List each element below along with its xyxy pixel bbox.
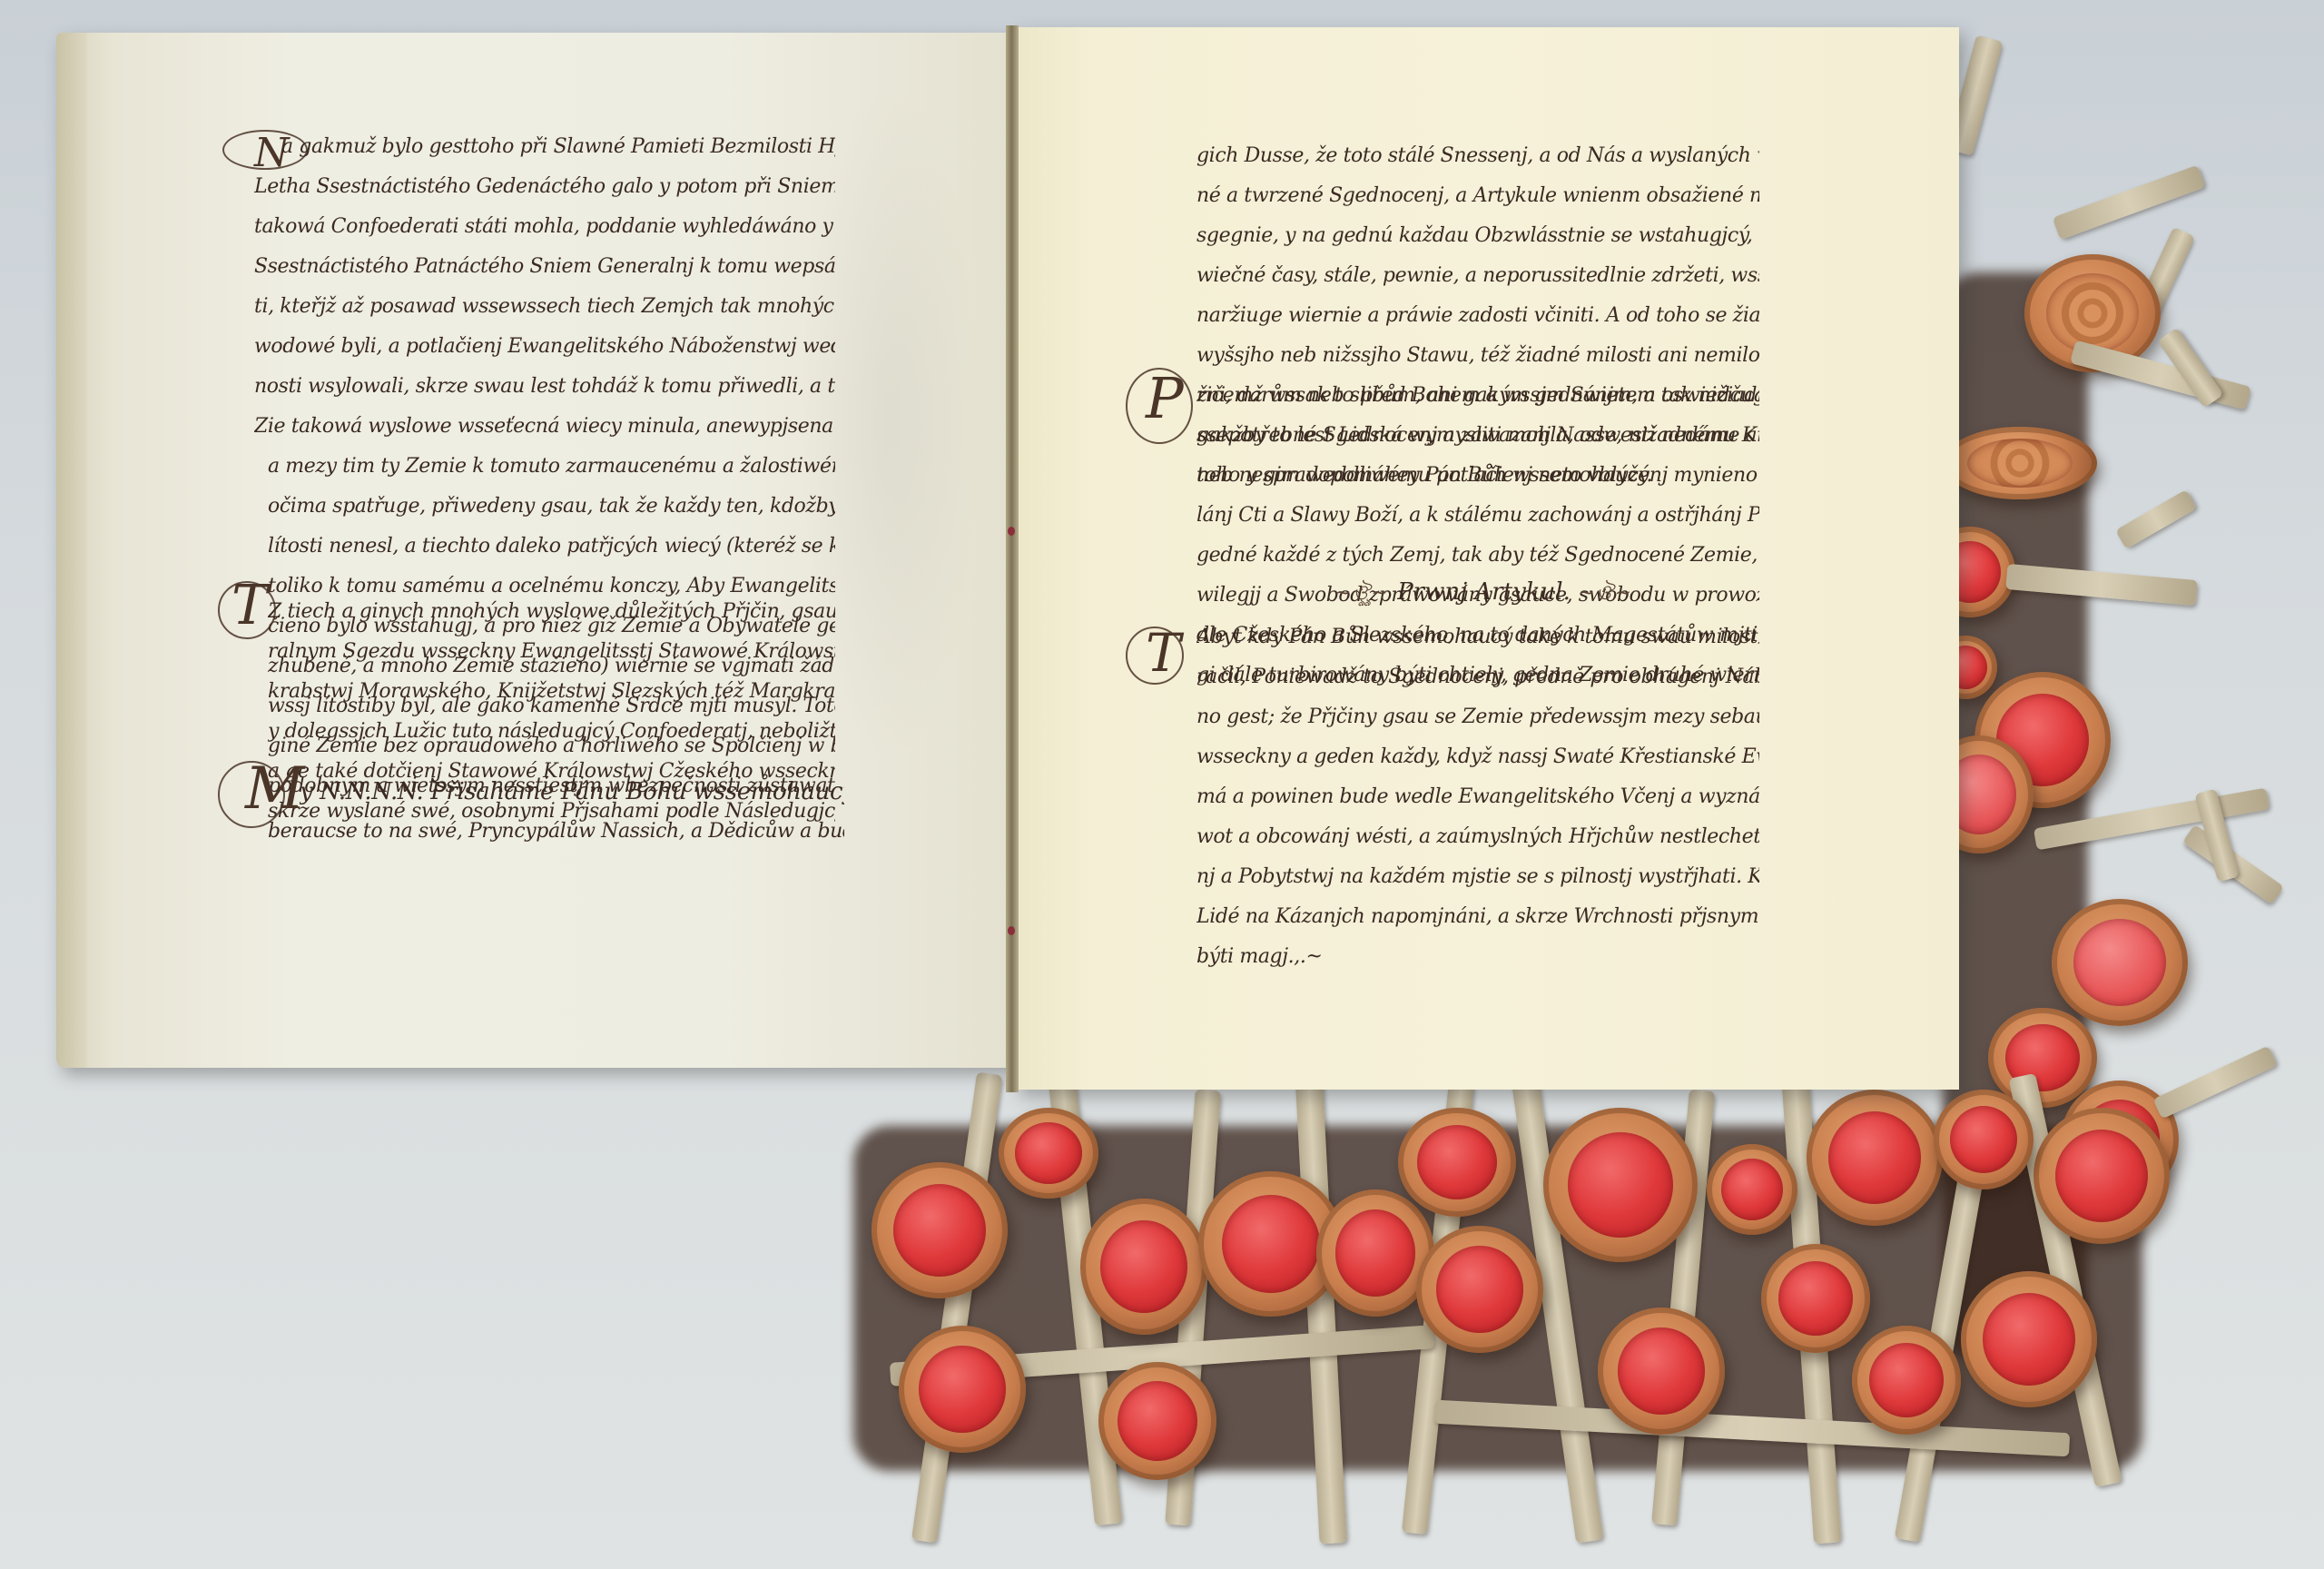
text-line: beraucse to na swé, Pryncypálůw Nassich,… [268,812,844,852]
wax-seal [871,1162,1008,1298]
wax-seal [999,1108,1098,1199]
wax-seal [1098,1362,1216,1480]
ornament-left: ~ঔৣ~ [1334,582,1390,605]
wax-seal [1598,1307,1725,1435]
wax-seal [2052,899,2188,1026]
text-line: wodowé byli, a potlačienj Ewangelitského… [254,327,835,367]
right-paragraph-3: Abyt kdy Pán Bůh wssemohaucý také k tomu… [1196,617,1759,977]
article-title: Prwnj Artykul. [1397,578,1571,606]
wax-seal [1961,1271,2097,1407]
text-line: gedné každé z tých Zemj, tak aby též Sge… [1196,536,1759,576]
text-line: takowá Confoederati státi mohla, poddani… [254,207,835,247]
initial-letter: T [1146,617,1181,688]
text-line: Zie takowá wyslowe wsseťecná wiecy minul… [254,407,835,447]
text-line: nosti wsylowali, skrze swau lest tohdáž … [254,367,835,407]
text-line: račil, Poniewadž to Sgednocenj, předně p… [1196,657,1759,697]
ribbon [2070,340,2251,410]
text-line: Ssestnáctistého Patnáctého Sniem General… [254,247,835,287]
text-line: řičemž wssak to před Bohem a wssjm Swiet… [1196,376,1759,416]
text-line: očima spatřuge, přiwedeny gsau, tak že k… [268,487,835,527]
text-line: no gest; že Přjčiny gsau se Zemie předew… [1196,697,1759,737]
ornament-right: ~ঔ~ [1578,582,1633,605]
wax-seal [1543,1108,1698,1262]
text-line: Abyt kdy Pán Bůh wssemohaucý také k tomu… [1196,617,1759,657]
text-line: ti, kteřjž až posawad wssewssech tiech Z… [254,287,835,327]
text-line: a mezy tim ty Zemie k tomuto zarmauceném… [268,447,835,487]
wax-seal [1807,1090,1943,1226]
text-line: Lidé na Kázanjch napomjnáni, a skrze Wrc… [1196,897,1759,937]
ribbon [2053,165,2206,241]
text-line: a gakmuž bylo gesttoho při Slawné Pamiet… [254,127,835,167]
initial-letter: T [231,570,268,641]
text-line: ssepotřebné Sgednocenj a zawazanj Nasse,… [1196,416,1759,456]
text-line: Letha Ssestnáctistého Gedenáctého galo y… [254,167,835,207]
text-line: ralnym Sgezdu wsseckny Ewangelitsstj Sta… [268,632,835,672]
text-line: wot a obcowánj wésti, a zaúmyslných Hřjc… [1196,817,1759,857]
wax-seal-empty [1943,427,2097,499]
text-line: krabstwj Morawského, Knijžetstwj Slezský… [268,672,835,712]
text-line: neb nespraweddliwému potlačienj neto vbl… [1196,456,1759,496]
wax-seal [1761,1244,1870,1353]
page-edge [56,33,87,1068]
wax-seal [899,1326,1026,1453]
seal-cluster-bottom [799,1071,2324,1569]
text-line: naržiuge wiernie a práwie zadosti včinit… [1196,296,1759,336]
ribbon [2115,489,2197,549]
binding-stitch [1008,527,1015,536]
text-line: nj a Pobytstwj na každém mjstie se s pil… [1196,857,1759,897]
text-line: sgegnie, y na gednú každau Obzwlásstnie … [1196,216,1759,256]
text-line: má a powinen bude wedle Ewangelitského V… [1196,777,1759,817]
text-line: lítosti nenesl, a tiechto daleko patřjcý… [268,527,835,567]
text-line: wsseckny a geden každy, když nassj Swaté… [1196,737,1759,777]
wax-seal [2033,1108,2170,1244]
binding-stitch [1008,926,1015,935]
wax-seal [1416,1226,1543,1353]
wax-seal [1398,1108,1516,1217]
wax-seal [1852,1326,1961,1435]
manuscript-photo: N a gakmuž bylo gesttoho při Slawné Pami… [0,0,2324,1569]
article-heading: ~ঔৣ~ Prwnj Artykul. ~ঔ~ [1334,577,1633,611]
initial-letter: P [1146,363,1184,434]
text-line: wiečné časy, stále, pewnie, a neporussit… [1196,256,1759,296]
left-paragraph-1: a gakmuž bylo gesttoho při Slawné Pamiet… [254,127,835,447]
text-line: gich Dusse, že toto stálé Snessenj, a od… [1196,136,1759,176]
wax-seal [1934,1090,2033,1189]
text-line: Z tiech a ginych mnohých wyslowe důležit… [268,592,835,632]
wax-seal [1080,1199,1207,1335]
text-line: y N.N.N.N. Přisaháme Pánu Bohu wssemohau… [300,772,844,812]
text-line: y dolegssjch Lužic tuto následugjcý Conf… [268,712,835,752]
text-line: býti magj.,.~ [1196,937,1759,977]
text-line: né a twrzené Sgednocenj, a Artykule wnie… [1196,176,1759,216]
left-paragraph-4: y N.N.N.N. Přisaháme Pánu Bohu wssemohau… [300,772,844,852]
text-line: wyšsjho neb nižssjho Stawu, též žiadné m… [1196,336,1759,376]
wax-seal [1707,1144,1797,1235]
text-line: lánj Cti a Slawy Boží, a k stálému zacho… [1196,496,1759,536]
